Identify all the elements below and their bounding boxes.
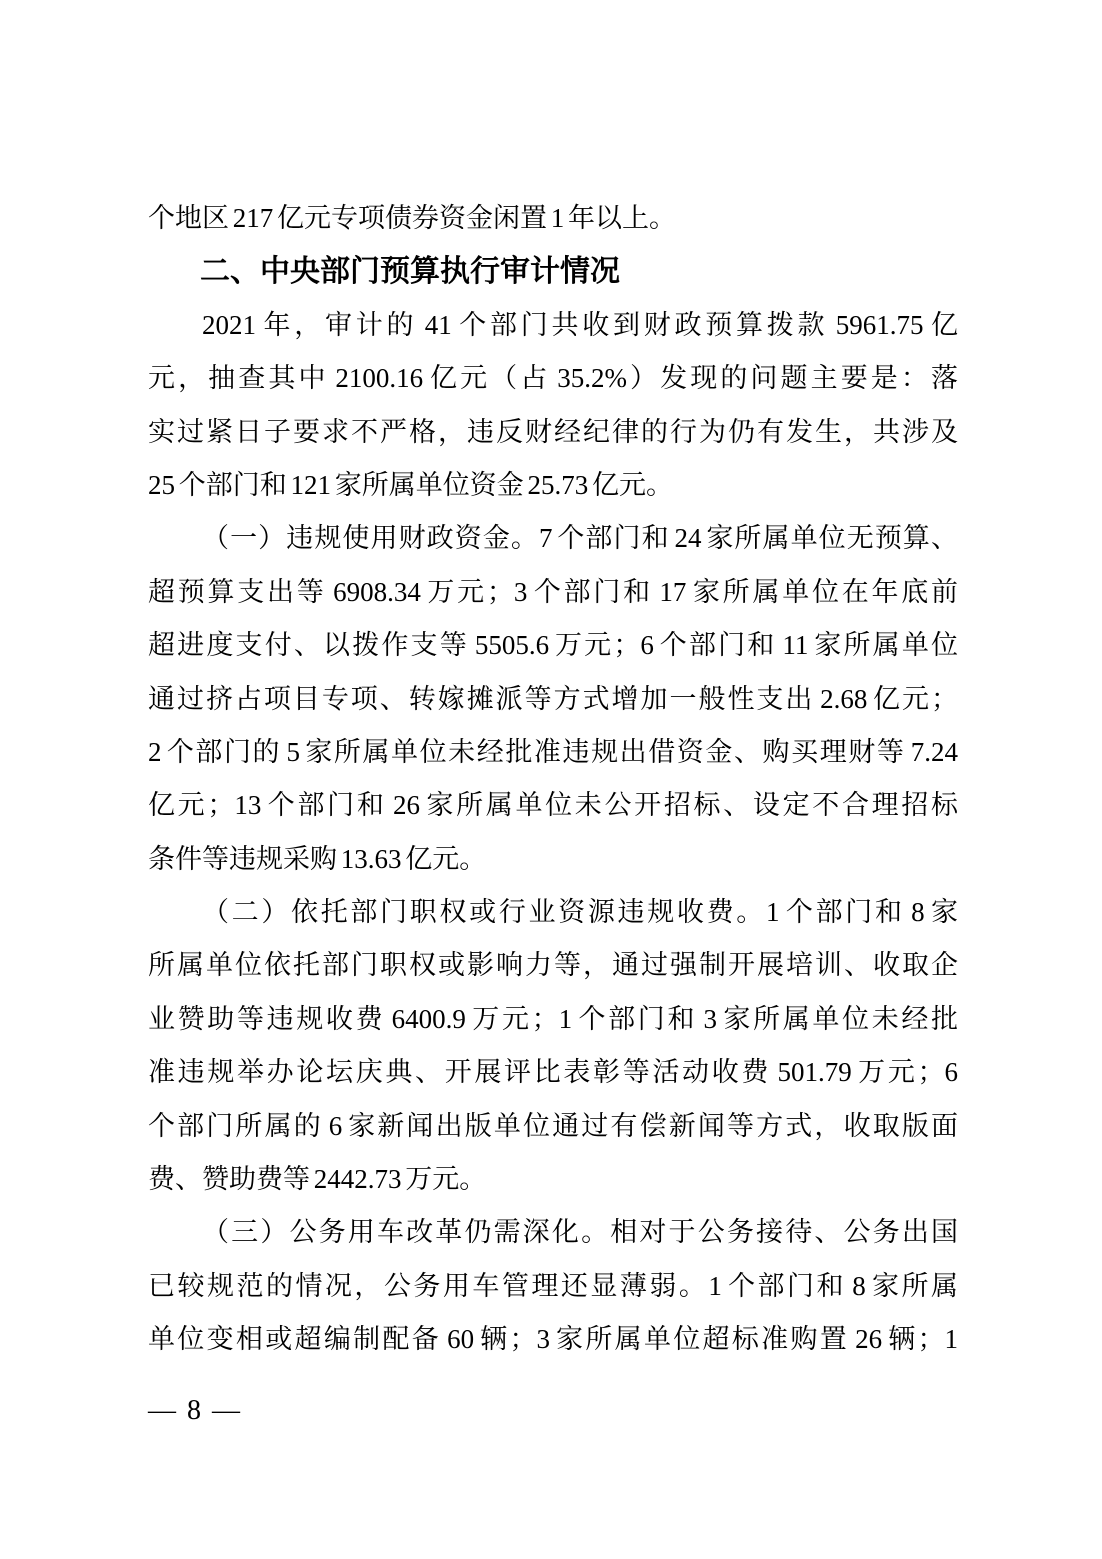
text-line: （一）违规使用财政资金。7 个部门和 24 家所属单位无预算、 — [148, 512, 958, 565]
section-heading: 二、中央部门预算执行审计情况 — [148, 245, 958, 298]
page-content: 个地区 217 亿元专项债券资金闲置 1 年以上。二、中央部门预算执行审计情况2… — [148, 192, 958, 1367]
heading-line: 二、中央部门预算执行审计情况 — [148, 245, 958, 298]
document-page: 个地区 217 亿元专项债券资金闲置 1 年以上。二、中央部门预算执行审计情况2… — [0, 0, 1102, 1559]
text-line: 超预算支出等 6908.34 万元；3 个部门和 17 家所属单位在年底前 — [148, 566, 958, 619]
text-line: 个部门所属的 6 家新闻出版单位通过有偿新闻等方式，收取版面 — [148, 1100, 958, 1153]
text-line: 2021 年，审计的 41 个部门共收到财政预算拨款 5961.75 亿 — [148, 299, 958, 352]
text-line: 条件等违规采购 13.63 亿元。 — [148, 833, 958, 886]
text-line: 2 个部门的 5 家所属单位未经批准违规出借资金、购买理财等 7.24 — [148, 726, 958, 779]
page-number: — 8 — — [148, 1395, 242, 1426]
paragraph: 个地区 217 亿元专项债券资金闲置 1 年以上。 — [148, 192, 958, 245]
text-line: 所属单位依托部门职权或影响力等，通过强制开展培训、收取企 — [148, 939, 958, 992]
text-line: 费、赞助费等 2442.73 万元。 — [148, 1153, 958, 1206]
text-line: （二）依托部门职权或行业资源违规收费。1 个部门和 8 家 — [148, 886, 958, 939]
page-footer: — 8 — — [148, 1394, 242, 1428]
text-line: 个地区 217 亿元专项债券资金闲置 1 年以上。 — [148, 192, 958, 245]
text-line: 25 个部门和 121 家所属单位资金 25.73 亿元。 — [148, 459, 958, 512]
text-line: 通过挤占项目专项、转嫁摊派等方式增加一般性支出 2.68 亿元； — [148, 673, 958, 726]
paragraph: （二）依托部门职权或行业资源违规收费。1 个部门和 8 家所属单位依托部门职权或… — [148, 886, 958, 1206]
text-line: 实过紧日子要求不严格，违反财经纪律的行为仍有发生，共涉及 — [148, 406, 958, 459]
text-line: 准违规举办论坛庆典、开展评比表彰等活动收费 501.79 万元；6 — [148, 1046, 958, 1099]
text-line: （三）公务用车改革仍需深化。相对于公务接待、公务出国 — [148, 1206, 958, 1259]
text-line: 已较规范的情况，公务用车管理还显薄弱。1 个部门和 8 家所属 — [148, 1260, 958, 1313]
paragraph: 2021 年，审计的 41 个部门共收到财政预算拨款 5961.75 亿元，抽查… — [148, 299, 958, 513]
paragraph: （三）公务用车改革仍需深化。相对于公务接待、公务出国已较规范的情况，公务用车管理… — [148, 1206, 958, 1366]
text-line: 亿元；13 个部门和 26 家所属单位未公开招标、设定不合理招标 — [148, 779, 958, 832]
text-line: 元，抽查其中 2100.16 亿元（占 35.2%）发现的问题主要是：落 — [148, 352, 958, 405]
paragraph: （一）违规使用财政资金。7 个部门和 24 家所属单位无预算、超预算支出等 69… — [148, 512, 958, 886]
text-line: 单位变相或超编制配备 60 辆；3 家所属单位超标准购置 26 辆；1 — [148, 1313, 958, 1366]
text-line: 业赞助等违规收费 6400.9 万元；1 个部门和 3 家所属单位未经批 — [148, 993, 958, 1046]
text-line: 超进度支付、以拨作支等 5505.6 万元；6 个部门和 11 家所属单位 — [148, 619, 958, 672]
